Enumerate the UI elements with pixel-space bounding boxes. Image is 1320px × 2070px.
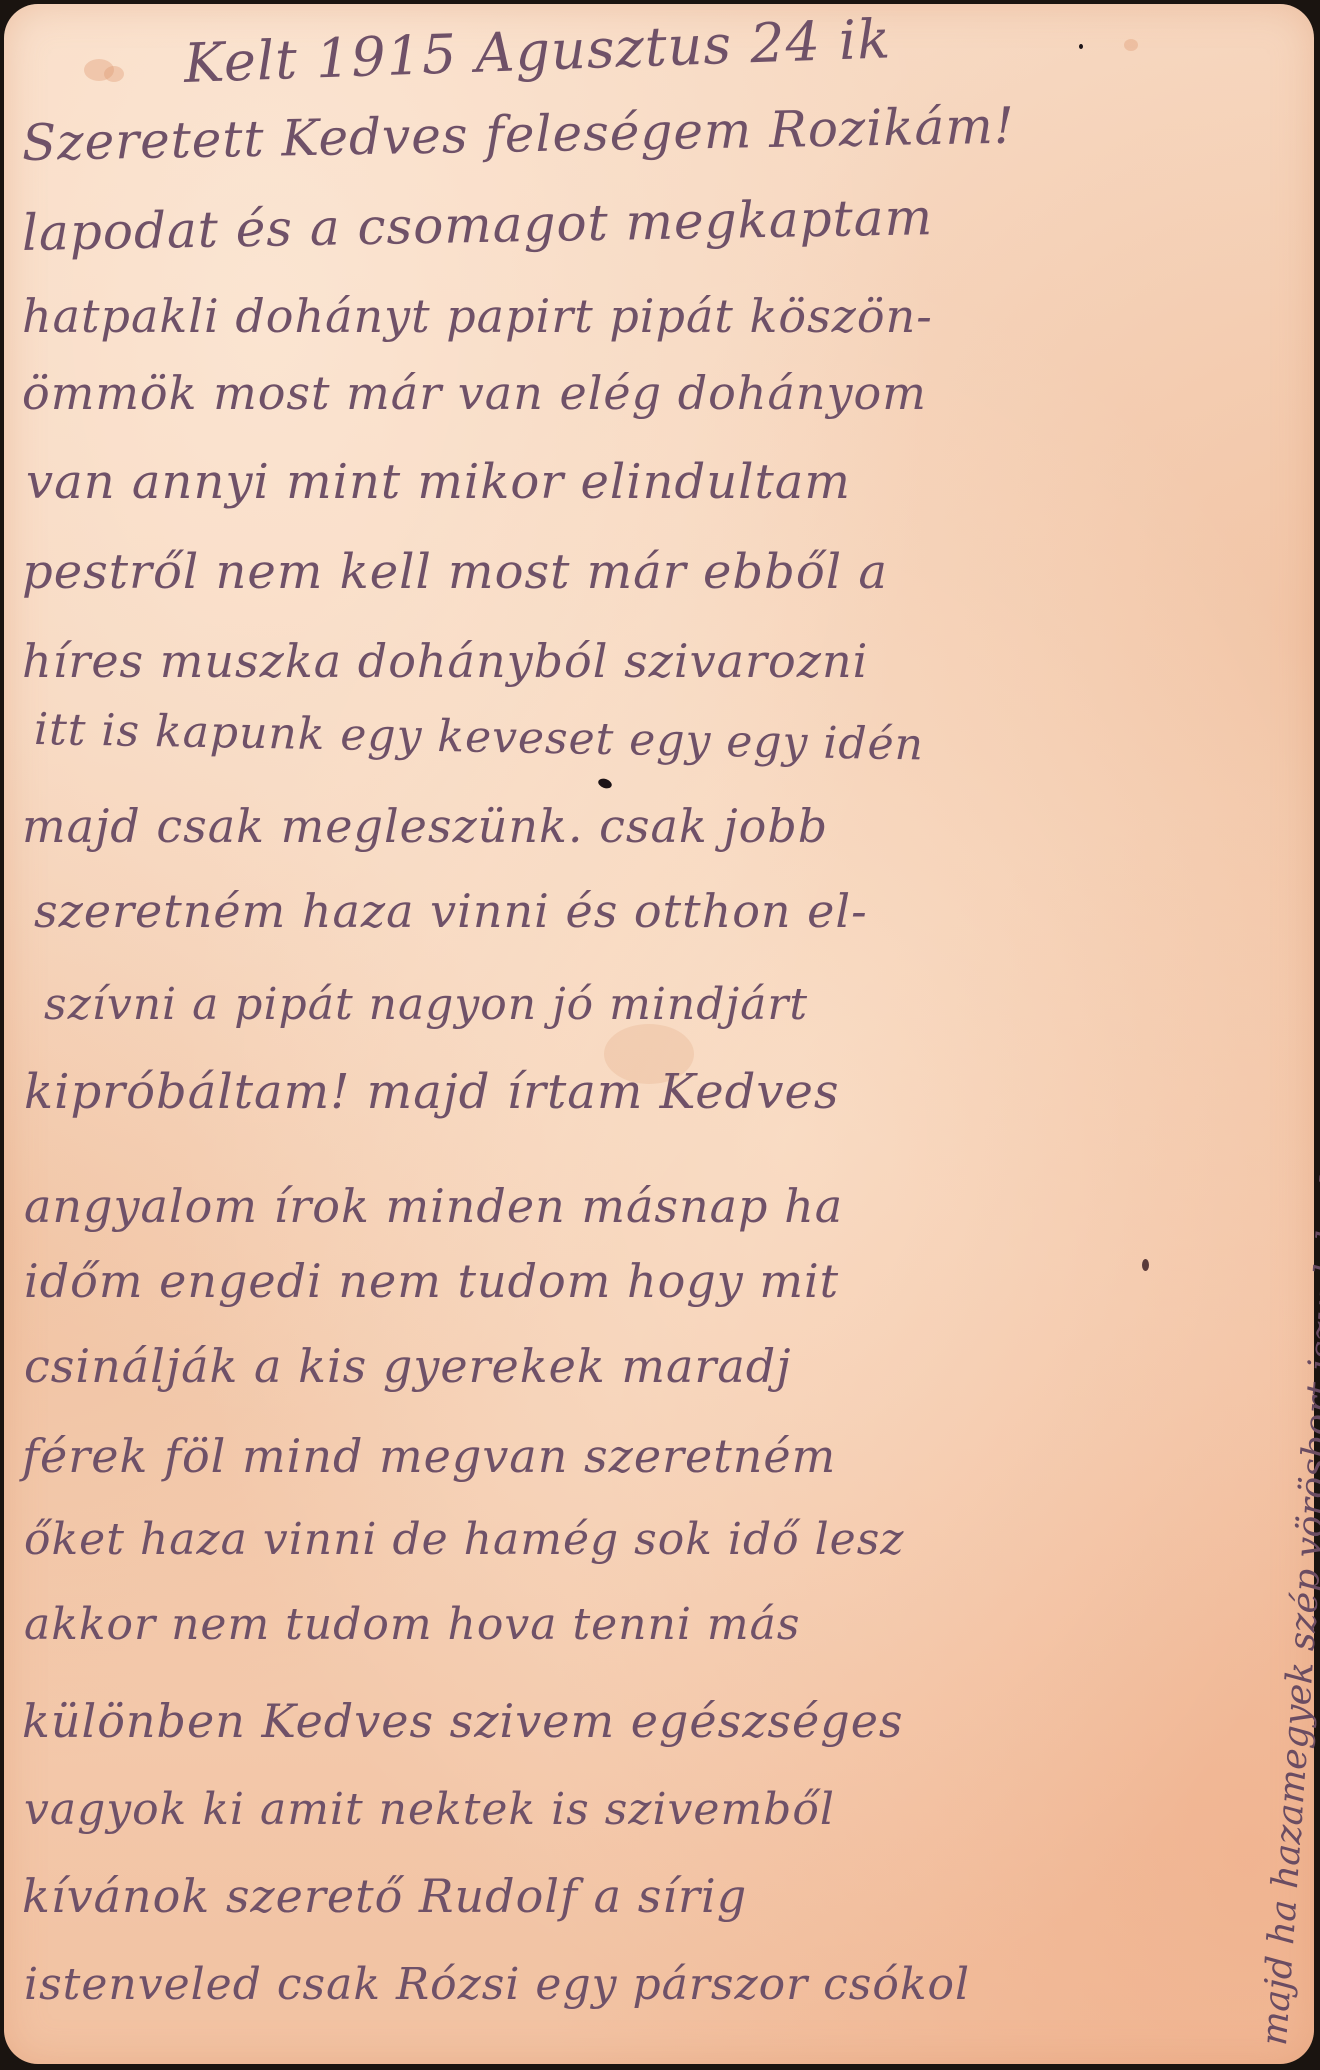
letter-line-14: időm engedi nem tudom hogy mit [24, 1254, 839, 1308]
letter-line-13: angyalom írok minden másnap ha [24, 1179, 843, 1233]
letter-line-20: vagyok ki amit nektek is szivemből [24, 1784, 835, 1835]
letter-line-15: csinálják a kis gyerekek maradj [24, 1339, 792, 1393]
letter-line-22: istenveled csak Rózsi egy párszor csókol [24, 1959, 970, 2010]
letter-line-19: különben Kedves szivem egészséges [22, 1694, 904, 1748]
postcard-heading: Kelt 1915 Agusztus 24 ik [183, 7, 892, 95]
ink-blot [597, 777, 613, 790]
letter-line-6: pestről nem kell most már ebből a [22, 544, 888, 600]
letter-line-7: híres muszka dohányból szivarozni [22, 634, 868, 688]
margin-note-vertical: majd ha hazamegyek szép vörösbort iszunk… [1254, 923, 1320, 2047]
stain [104, 66, 124, 82]
letter-line-1: Szeretett Kedves feleségem Rozikám! [21, 97, 1015, 172]
letter-line-12: kipróbáltam! majd írtam Kedves [24, 1064, 840, 1120]
letter-line-18: akkor nem tudom hova tenni más [24, 1599, 800, 1650]
letter-line-11: szívni a pipát nagyon jó mindjárt [44, 979, 808, 1030]
ink-dot [1079, 44, 1083, 49]
letter-line-17: őket haza vinni de hamég sok idő lesz [24, 1514, 904, 1565]
letter-line-8: itt is kapunk egy keveset egy egy idén [34, 704, 925, 771]
letter-line-16: férek föl mind megvan szeretném [22, 1429, 836, 1483]
letter-line-5: van annyi mint mikor elindultam [26, 454, 851, 510]
postcard: Kelt 1915 Agusztus 24 ik Szeretett Kedve… [4, 4, 1314, 2064]
letter-line-2: lapodat és a csomagot megkaptam [21, 188, 933, 262]
ink-blot [1142, 1259, 1149, 1271]
letter-line-3: hatpakli dohányt papirt pipát köszön- [22, 289, 933, 343]
stain [1124, 39, 1138, 51]
letter-line-9: majd csak megleszünk. csak jobb [22, 799, 828, 853]
letter-line-10: szeretném haza vinni és otthon el- [34, 884, 868, 938]
letter-line-4: ömmök most már van elég dohányom [22, 366, 927, 420]
letter-line-21: kívánok szerető Rudolf a sírig [22, 1869, 747, 1923]
